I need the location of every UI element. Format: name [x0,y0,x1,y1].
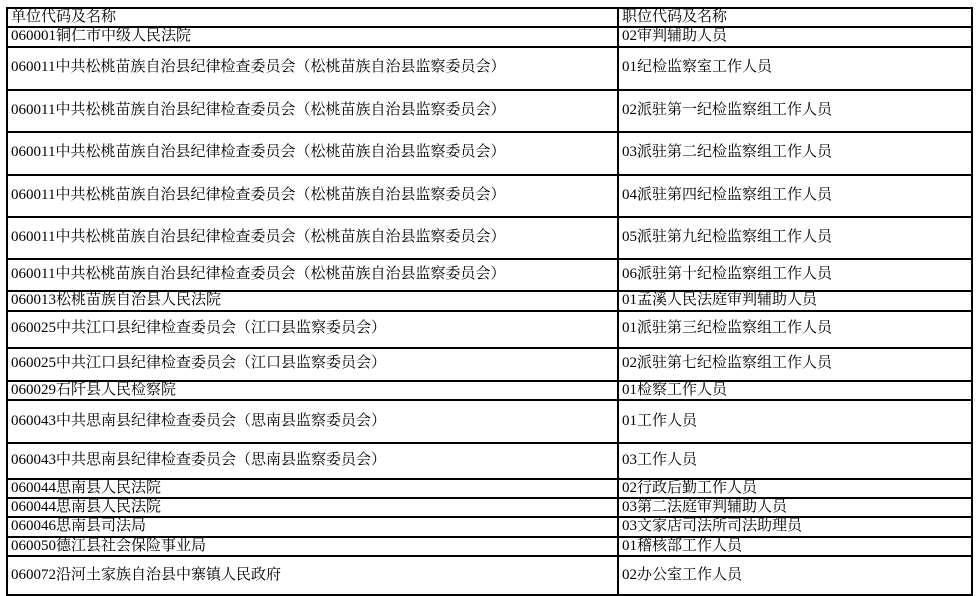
table-row: 060050德江县社会保险事业局 01稽核部工作人员 [7,537,972,556]
unit-cell: 060011中共松桃苗族自治县纪律检查委员会（松桃苗族自治县监察委员会） [7,217,618,259]
table-row: 060001铜仁市中级人民法院 02审判辅助人员 [7,27,972,46]
unit-cell: 060025中共江口县纪律检查委员会（江口县监察委员会） [7,348,618,381]
position-cell: 01稽核部工作人员 [618,537,972,556]
position-cell: 03工作人员 [618,443,972,479]
unit-cell: 060011中共松桃苗族自治县纪律检查委员会（松桃苗族自治县监察委员会） [7,47,618,90]
position-cell: 03第二法庭审判辅助人员 [618,498,972,517]
unit-cell: 060011中共松桃苗族自治县纪律检查委员会（松桃苗族自治县监察委员会） [7,90,618,132]
position-cell: 05派驻第九纪检监察组工作人员 [618,217,972,259]
table-row: 060011中共松桃苗族自治县纪律检查委员会（松桃苗族自治县监察委员会） 02派… [7,90,972,132]
unit-cell: 060013松桃苗族自治县人民法院 [7,291,618,311]
position-cell: 01派驻第三纪检监察组工作人员 [618,311,972,348]
unit-cell: 060011中共松桃苗族自治县纪律检查委员会（松桃苗族自治县监察委员会） [7,175,618,217]
position-cell: 02办公室工作人员 [618,556,972,595]
table-row: 060011中共松桃苗族自治县纪律检查委员会（松桃苗族自治县监察委员会） 01纪… [7,47,972,90]
table-row: 060011中共松桃苗族自治县纪律检查委员会（松桃苗族自治县监察委员会） 04派… [7,175,972,217]
unit-cell: 060046思南县司法局 [7,517,618,536]
table-row: 060011中共松桃苗族自治县纪律检查委员会（松桃苗族自治县监察委员会） 05派… [7,217,972,259]
unit-cell: 060043中共思南县纪律检查委员会（思南县监察委员会） [7,443,618,479]
table-row: 060029石阡县人民检察院 01检察工作人员 [7,381,972,400]
position-cell: 03文家店司法所司法助理员 [618,517,972,536]
table-row: 060072沿河土家族自治县中寨镇人民政府 02办公室工作人员 [7,556,972,595]
table-row: 060011中共松桃苗族自治县纪律检查委员会（松桃苗族自治县监察委员会） 06派… [7,259,972,291]
table-row: 060025中共江口县纪律检查委员会（江口县监察委员会） 02派驻第七纪检监察组… [7,348,972,381]
positions-table-container: 单位代码及名称 职位代码及名称 060001铜仁市中级人民法院 02审判辅助人员… [6,7,971,596]
unit-cell: 060011中共松桃苗族自治县纪律检查委员会（松桃苗族自治县监察委员会） [7,259,618,291]
table-row: 060043中共思南县纪律检查委员会（思南县监察委员会） 03工作人员 [7,443,972,479]
unit-cell: 060050德江县社会保险事业局 [7,537,618,556]
position-cell: 04派驻第四纪检监察组工作人员 [618,175,972,217]
positions-table: 单位代码及名称 职位代码及名称 060001铜仁市中级人民法院 02审判辅助人员… [6,7,973,596]
col-header-unit-code-name: 单位代码及名称 [7,8,618,27]
position-cell: 01工作人员 [618,400,972,443]
table-row: 060046思南县司法局 03文家店司法所司法助理员 [7,517,972,536]
position-cell: 06派驻第十纪检监察组工作人员 [618,259,972,291]
table-row: 060043中共思南县纪律检查委员会（思南县监察委员会） 01工作人员 [7,400,972,443]
table-row: 060044思南县人民法院 02行政后勤工作人员 [7,479,972,498]
position-cell: 02派驻第一纪检监察组工作人员 [618,90,972,132]
unit-cell: 060044思南县人民法院 [7,498,618,517]
unit-cell: 060029石阡县人民检察院 [7,381,618,400]
unit-cell: 060025中共江口县纪律检查委员会（江口县监察委员会） [7,311,618,348]
position-cell: 02审判辅助人员 [618,27,972,46]
position-cell: 02行政后勤工作人员 [618,479,972,498]
position-cell: 02派驻第七纪检监察组工作人员 [618,348,972,381]
table-row: 060044思南县人民法院 03第二法庭审判辅助人员 [7,498,972,517]
position-cell: 01孟溪人民法庭审判辅助人员 [618,291,972,311]
table-row: 060013松桃苗族自治县人民法院 01孟溪人民法庭审判辅助人员 [7,291,972,311]
position-cell: 01检察工作人员 [618,381,972,400]
unit-cell: 060001铜仁市中级人民法院 [7,27,618,46]
table-row: 060011中共松桃苗族自治县纪律检查委员会（松桃苗族自治县监察委员会） 03派… [7,132,972,175]
table-row: 060025中共江口县纪律检查委员会（江口县监察委员会） 01派驻第三纪检监察组… [7,311,972,348]
unit-cell: 060072沿河土家族自治县中寨镇人民政府 [7,556,618,595]
header-row: 单位代码及名称 职位代码及名称 [7,8,972,27]
position-cell: 03派驻第二纪检监察组工作人员 [618,132,972,175]
position-cell: 01纪检监察室工作人员 [618,47,972,90]
unit-cell: 060044思南县人民法院 [7,479,618,498]
table-body: 060001铜仁市中级人民法院 02审判辅助人员 060011中共松桃苗族自治县… [7,27,972,595]
col-header-position-code-name: 职位代码及名称 [618,8,972,27]
unit-cell: 060043中共思南县纪律检查委员会（思南县监察委员会） [7,400,618,443]
unit-cell: 060011中共松桃苗族自治县纪律检查委员会（松桃苗族自治县监察委员会） [7,132,618,175]
